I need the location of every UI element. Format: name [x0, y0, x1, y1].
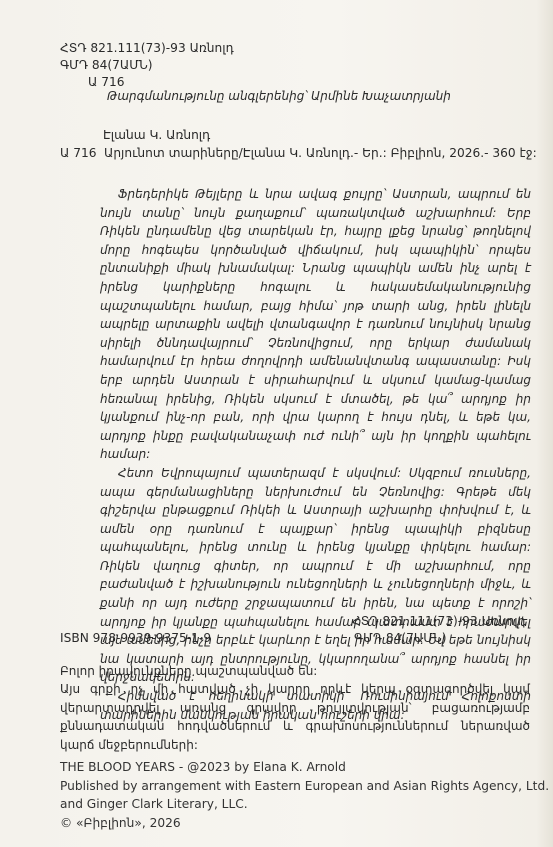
bbk-code: ԳՄԴ 84(7ԱՄՆ)	[60, 57, 234, 74]
bib-code: Ա 716	[60, 146, 104, 160]
annotation-paragraph: Հետո Եվրոպայում պատերազմ է սկսվում: Սկզբ…	[100, 464, 531, 687]
english-credits: THE BLOOD YEARS - @2023 by Elana K. Arno…	[60, 758, 549, 832]
annotation-paragraph: Ֆրեդերիկե Թեյլերը և նրա ավագ քույրը՝ Աստ…	[100, 185, 531, 464]
udc-code: ՀՏԴ 821.111(73)-93 Առնոլդ	[352, 613, 526, 630]
original-title-credit: THE BLOOD YEARS - @2023 by Elana K. Arno…	[60, 758, 549, 777]
translator-credit: Թարգմանությունը անգլերենից՝ Արմինե Խաչատ…	[107, 89, 451, 103]
agency-credit: and Ginger Clark Literary, LLC.	[60, 795, 549, 814]
publisher-copyright: © «Բիբլիոն», 2026	[60, 814, 549, 833]
classification-block-bottom: ՀՏԴ 821.111(73)-93 Առնոլդ ԳՄԴ 84(7ԱՄՆ)	[352, 613, 526, 647]
copyright-page: ՀՏԴ 821.111(73)-93 Առնոլդ ԳՄԴ 84(7ԱՄՆ) Ա…	[0, 0, 553, 847]
rights-notice: Բոլոր իրավունքները պաշտպանված են: Այս գր…	[60, 662, 530, 754]
rights-title: Բոլոր իրավունքները պաշտպանված են:	[60, 662, 530, 680]
isbn: ISBN 978-9939-9375-1-9	[60, 631, 211, 645]
bibliographic-entry: Ա 716Արյունոտ տարիները/Էլանա Կ. Առնոլդ.-…	[60, 146, 537, 160]
classification-block-top: ՀՏԴ 821.111(73)-93 Առնոլդ ԳՄԴ 84(7ԱՄՆ) Ա…	[60, 40, 234, 91]
author-name: Էլանա Կ. Առնոլդ	[103, 128, 210, 142]
bib-text: Արյունոտ տարիները/Էլանա Կ. Առնոլդ.- Եր.:…	[104, 146, 537, 160]
arrangement-credit: Published by arrangement with Eastern Eu…	[60, 777, 549, 796]
rights-text: Այս գրքի ոչ մի հատված չի կարող որևէ կերպ…	[60, 680, 530, 754]
udc-code: ՀՏԴ 821.111(73)-93 Առնոլդ	[60, 40, 234, 57]
bbk-code: ԳՄԴ 84(7ԱՄՆ)	[352, 630, 526, 647]
